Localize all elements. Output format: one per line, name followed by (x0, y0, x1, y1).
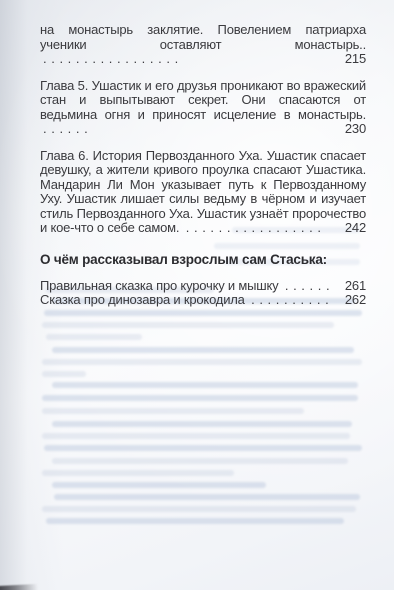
dot-leader: . . . . . . (285, 278, 330, 293)
dot-leader: . . . . . . . . . . . . . . . . . (43, 51, 179, 66)
bleed-through-line (46, 334, 142, 340)
bleed-through-line (54, 494, 360, 500)
section-heading: О чём рассказывал взрослым сам Стаська: (40, 252, 366, 267)
page-number: 230 (341, 122, 366, 137)
photo-corner-shadow (0, 584, 38, 590)
toc-entry-story-1: Правильная сказка про курочку и мышку . … (40, 279, 366, 294)
toc-entry-chapter-5: Глава 5. Ушастик и его друзья проникают … (40, 79, 366, 137)
bleed-through-line (52, 421, 352, 427)
book-page-photo: на монастырь заклятие. Повелением патриа… (0, 0, 394, 590)
bleed-through-line (52, 382, 358, 388)
page-number: 215 (341, 52, 366, 67)
bleed-through-line (42, 408, 304, 414)
page-number: 242 (341, 221, 366, 236)
bleed-through-line (42, 433, 350, 439)
dot-leader: . . . . . . (43, 121, 88, 136)
toc-entry-chapter-6: Глава 6. История Первозданного Уха. Ушас… (40, 149, 366, 236)
bleed-through-line (52, 458, 348, 464)
bleed-through-line (42, 359, 362, 365)
bleed-through-line (42, 395, 358, 401)
toc-entry-text: Правильная сказка про курочку и мышку (40, 278, 278, 293)
dot-leader: . . . . . . . . . . (251, 292, 329, 307)
bleed-through-line (46, 518, 344, 524)
bleed-through-line (42, 371, 86, 377)
bleed-through-line (52, 347, 354, 353)
page-number: 262 (341, 293, 366, 308)
toc-entry-text: Глава 5. Ушастик и его друзья проникают … (40, 78, 366, 122)
bleed-through-line (42, 322, 334, 328)
stories-list: Правильная сказка про курочку и мышку . … (40, 279, 366, 308)
bleed-through-line (52, 482, 266, 488)
bleed-through-line (42, 506, 356, 512)
toc-entry-text: на монастырь заклятие. Повелением патриа… (40, 22, 366, 52)
toc-entry-continued: на монастырь заклятие. Повелением патриа… (40, 23, 366, 67)
toc-entry-story-2: Сказка про динозавра и крокодила . . . .… (40, 293, 366, 308)
page-number: 261 (341, 279, 366, 294)
bleed-through-line (42, 470, 234, 476)
dot-leader: . . . . . . . . . . . . . . . . . (186, 220, 322, 235)
toc-content: на монастырь заклятие. Повелением патриа… (40, 23, 366, 308)
bleed-through-line (44, 310, 362, 316)
bleed-through-line (44, 445, 362, 451)
toc-entry-text: Сказка про динозавра и крокодила (40, 292, 245, 307)
